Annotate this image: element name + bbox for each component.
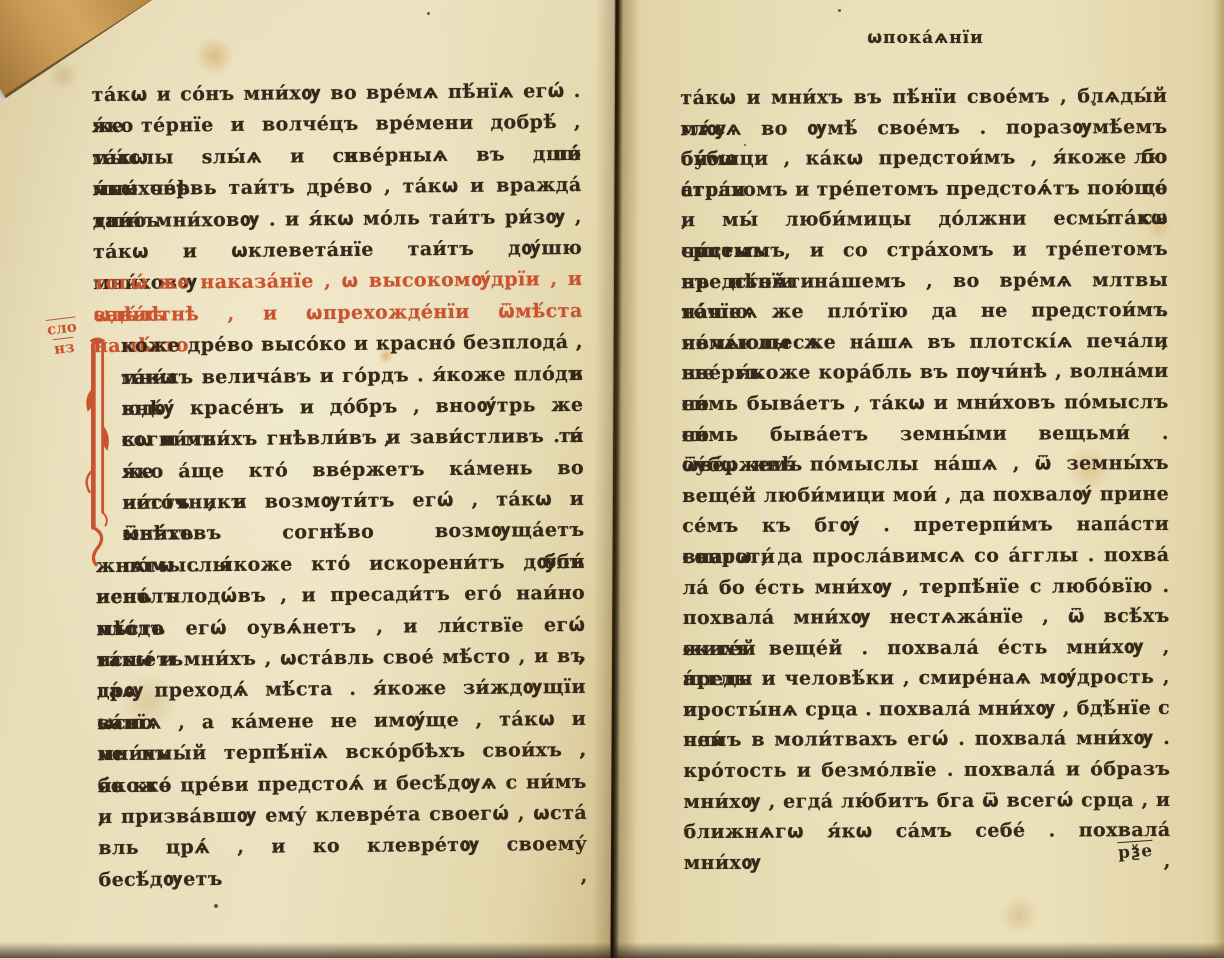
text-line: кѡ и мни́хъ гнѣвли́въ и зави́стливъ . и … — [95, 421, 584, 457]
text-line: мы́слы ѕлы́ѧ и скве́рныѧ въ дши́ мни́хов… — [92, 139, 581, 175]
text-line: си́мь быва́етъ земны́ми вещьми́ . ѿве́рж… — [682, 417, 1169, 450]
text-line: и призва́вшѹ ему́ клевре́та своегѡ́ , ѡс… — [98, 798, 587, 834]
left-page-text: та́кѡ и со́нъ мни́хѹ во вре́мѧ пѣ́нїѧ ег… — [92, 76, 588, 865]
right-page-text: та́кѡ и мни́хъ въ пѣ́нїи свое́мъ , блѧды… — [680, 81, 1170, 848]
text-line: оу́бѡ ннѣ́ по́мыслы на́шѧ , ѿ земны́хъ — [682, 448, 1169, 481]
text-line: ва́нїѧ , а ка́мене не имѹ́ще , та́кѡ и м… — [97, 704, 586, 740]
book-photo: сло нз та́кѡ и со́нъ мни́хѹ во вре́мѧ пѣ… — [0, 0, 1224, 958]
text-line: кро́тость и безмо́лвїе . похвала́ и о́бр… — [683, 754, 1170, 787]
text-line: та́кѡ и мни́хъ , ѡста́вль свое́ мѣ́сто ,… — [97, 641, 586, 677]
text-line: вль црѧ́ , и ко клевре́тѹ своему́ бесѣ́д… — [98, 829, 587, 865]
text-line: веще́й люби́мици мои́ , да похвалѹ́ прин… — [682, 479, 1169, 512]
text-line: я́кѡ че́рвь таи́тъ дре́во , та́кѡ и враж… — [92, 170, 581, 206]
text-line: ла́ бо е́сть мни́хѹ , терпѣ́нїе с любо́в… — [682, 570, 1169, 603]
text-line: а́гглы и человѣ́ки , смире́наѧ мѹ́дрость… — [683, 662, 1170, 695]
text-line: мѧ́сѧ во ѹмѣ́ свое́мъ . поразѹмѣ́емъ оу́… — [680, 112, 1167, 145]
text-line: скихъ веще́й . похвала́ е́сть мни́хѹ , п… — [683, 632, 1170, 665]
text-line: чи́стъ , и возмѹти́тъ егѡ́ , та́кѡ и ѿвѣ… — [95, 484, 584, 520]
text-line: ненъ плодѡ́въ , и пресади́тъ его́ наи́но… — [96, 578, 585, 614]
text-line: мни́хѹ , егда́ лю́битъ бга ѿ всегѡ́ срца… — [683, 785, 1170, 818]
text-line: и мы́ люби́мицы до́лжни есмы́ съ чи́стым… — [681, 203, 1168, 236]
text-line: пло́дъ егѡ́ оувѧ́нетъ , и ли́ствїе егѡ́ … — [96, 610, 585, 646]
text-line: тогѡ́ же наказа́нїе , ѡ высокомѹ́дрїи , … — [93, 264, 582, 300]
text-line: внагѡ , да просла́вимсѧ со а́гглы . похв… — [682, 540, 1169, 573]
text-line: та́кѡ и со́нъ мни́хѹ во вре́мѧ пѣ́нїѧ ег… — [92, 76, 581, 112]
text-line: си́мь быва́етъ , та́кѡ и мни́ховъ по́мыс… — [682, 387, 1169, 420]
text-line: дшю́ мни́ховѹ . и я́кѡ мо́ль таи́тъ ри́з… — [93, 201, 582, 237]
text-line: же а́ще кто́ вве́ржетъ ка́мень во исто́ч… — [95, 453, 584, 489]
text-line: похвала́ мни́хѹ нестѧжа́нїе , ѿ всѣ́хъ ж… — [683, 601, 1170, 634]
text-line: мни́ховъ согнѣ́во возмѹща́етъ по́мыслы б… — [95, 515, 584, 551]
folio-number: рѯе — [1117, 841, 1153, 863]
text-line: се́мъ къ бгѹ́ . претерпи́мъ напа́сти соп… — [682, 509, 1169, 542]
text-line: би́мици , ка́кѡ предстои́мъ , я́коже бо … — [681, 142, 1168, 175]
text-line: то́чїю же пло́тїю да не предстои́мъ явлѧ… — [681, 295, 1168, 328]
text-line: та́кѡ и мни́хъ въ пѣ́нїи свое́мъ , блѧды… — [680, 81, 1167, 114]
text-line: бо кто́ цре́ви предстоѧ́ и бесѣ́дѹѧ с ни… — [98, 766, 587, 802]
text-line: не имы́й терпѣ́нїѧ вско́рбѣхъ свои́хъ . … — [97, 735, 586, 771]
text-line: мни́хъ велича́въ и го́рдъ . я́коже пло́д… — [94, 358, 583, 394]
running-title: ѡпока́ѧнїи — [682, 28, 1169, 48]
text-line: ближнѧгѡ я́кѡ са́мъ себе́ . похвала́ мни… — [684, 815, 1171, 848]
text-line: га́ѧ преходѧ́ мѣ́ста . я́коже зи́ждѹщїи … — [97, 672, 586, 708]
text-line: просты́нѧ срца . похвала́ мни́хѹ , бдѣ́н… — [683, 693, 1170, 726]
text-line: та́кѡ и ѡклевета́нїе таи́тъ дѹ́шю мни́хо… — [93, 233, 582, 269]
text-line: коже дре́во высо́ко и красно́ безплода́ … — [94, 327, 583, 363]
bottom-shadow — [0, 942, 1224, 958]
text-line: же те́рнїе и волче́цъ вре́мени добрѣ́ , … — [92, 107, 581, 143]
margin-note-chapter-number: сло нз — [38, 315, 89, 360]
text-line: въ пѣ́нїи на́шемъ , во вре́мѧ млтвы на́ш… — [681, 265, 1168, 298]
text-line: чемъ в моли́твахъ егѡ́ . похвала́ мни́хѹ… — [683, 723, 1170, 756]
text-line: ше . я́коже кора́бль въ пѹчи́нѣ , волна́… — [682, 356, 1169, 389]
text-line: зави́стнѣ , и ѡпрехожде́нїи ѿмѣ́ста намѣ… — [94, 296, 583, 332]
text-line: жнѧгѡ . я́коже кто́ искорени́тъ дѹ́бъ ис… — [96, 547, 585, 583]
text-line: срцемъ , и со стра́хомъ и тре́петомъ пре… — [681, 234, 1168, 267]
text-line: юдѹ́ красе́нъ и до́бръ , вноѹ́трь же сог… — [94, 390, 583, 426]
text-line: стра́хомъ и тре́петомъ предстоѧ́тъ пою́щ… — [681, 173, 1168, 206]
text-line: по́мыслы же на́шѧ въ плотскі́ѧ печа́ли в… — [681, 326, 1168, 359]
right-edge-shadow — [1214, 0, 1224, 958]
